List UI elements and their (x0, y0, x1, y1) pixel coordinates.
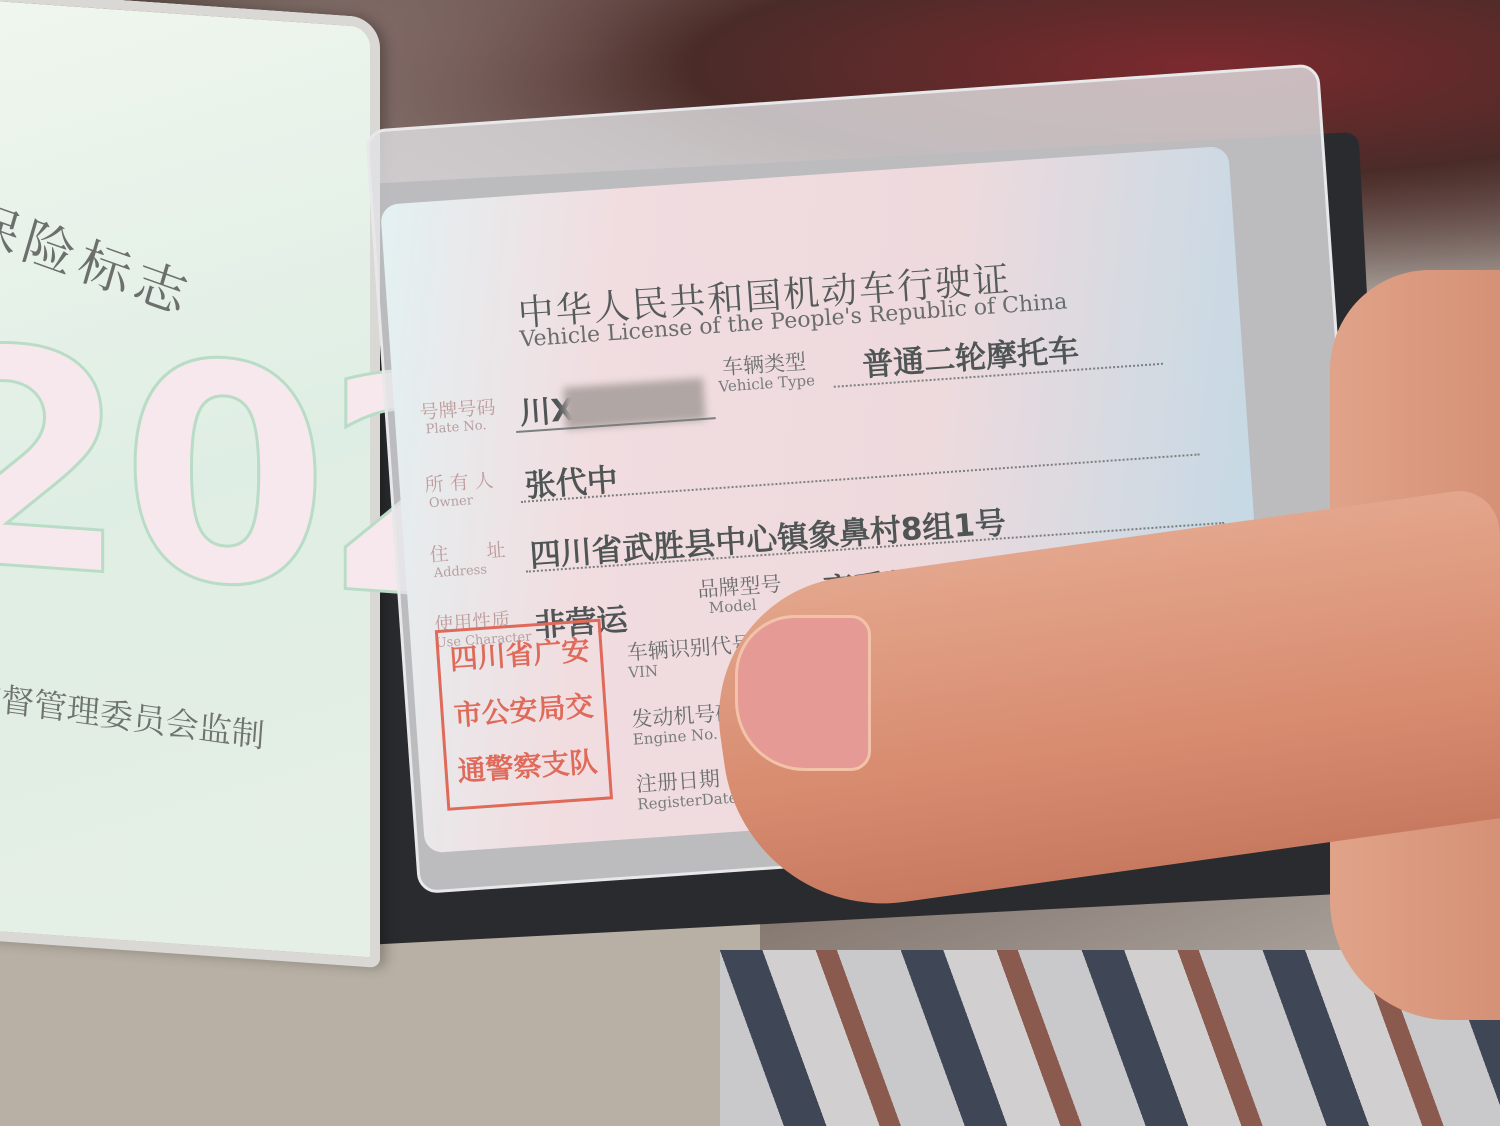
owner-label: 所 有 人 (424, 466, 495, 498)
vin-label-en: VIN (628, 662, 659, 682)
model-label-en: Model (708, 596, 757, 617)
owner-label-en: Owner (428, 493, 473, 511)
background-floor (0, 920, 760, 1126)
plate-label-en: Plate No. (425, 418, 487, 437)
thumbnail (735, 615, 871, 771)
police-stamp: 四川省广安 市公安局交 通警察支队 (435, 619, 613, 811)
address-label: 住 址 (429, 535, 507, 567)
address-label-en: Address (433, 562, 487, 581)
insurance-footer: 监督管理委员会监制 (0, 669, 266, 757)
insurance-sign-page: 保险标志 2021 监督管理委员会监制 (0, 0, 380, 968)
